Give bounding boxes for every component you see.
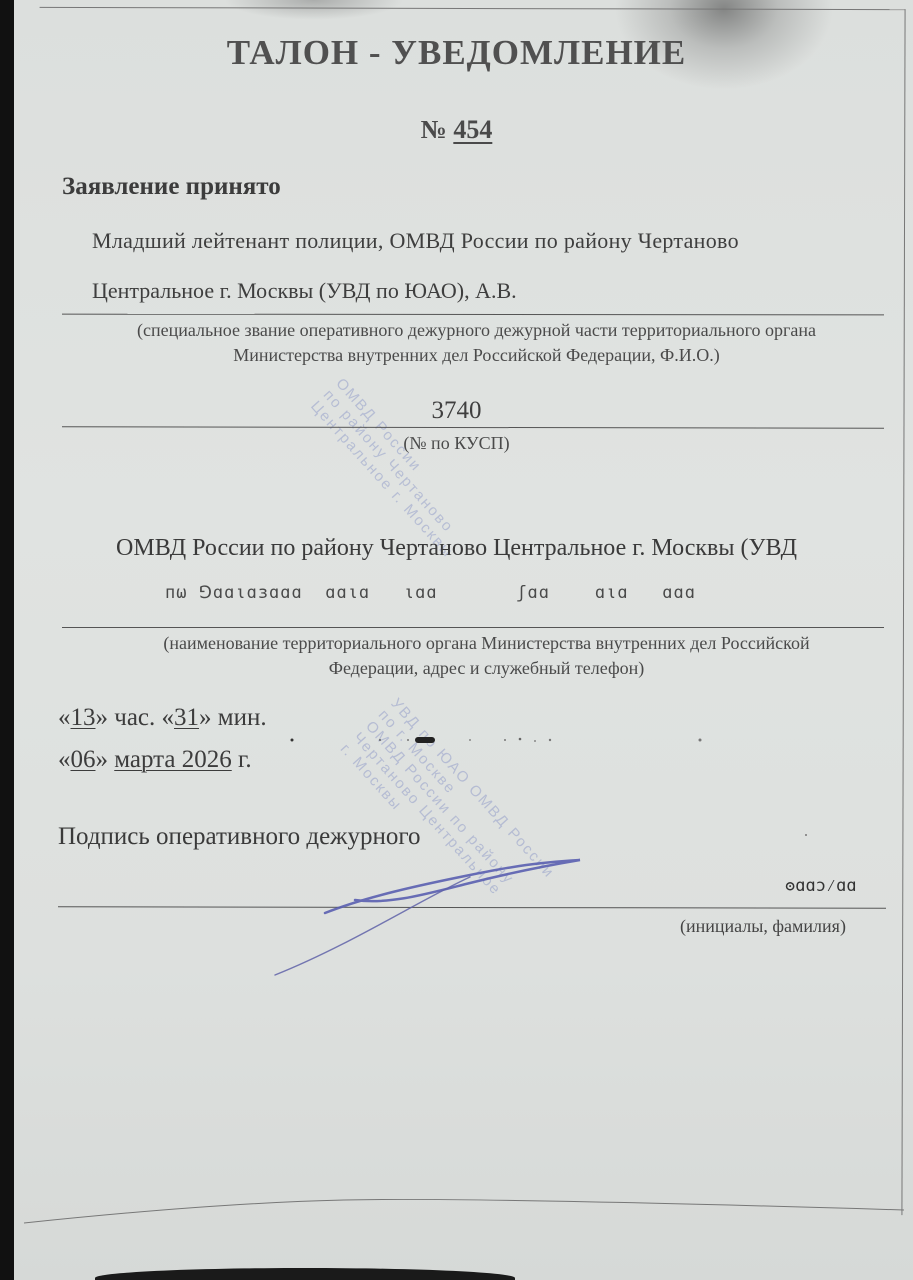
kusp-caption: (№ по КУСП)	[0, 433, 913, 454]
officer-name-obscured: ʘɑɑɔ⁄ɑɑ	[785, 876, 857, 897]
number-value: 454	[453, 115, 492, 144]
document-title: ТАЛОН - УВЕДОМЛЕНИЕ	[0, 33, 913, 73]
minutes-label: мин.	[218, 704, 267, 731]
ink-dot	[805, 834, 807, 836]
year-suffix: г.	[238, 746, 252, 773]
minutes-value: 31	[174, 704, 199, 731]
org-underline	[62, 627, 884, 628]
time-row: «13» час. «31» мин.	[58, 704, 267, 732]
org-caption-2: Федерации, адрес и служебный телефон)	[60, 658, 913, 679]
number-prefix: №	[421, 115, 447, 144]
officer-line-1: Младший лейтенант полиции, ОМВД России п…	[92, 228, 739, 254]
hours-value: 13	[71, 704, 96, 731]
signature-label: Подпись оперативного дежурного	[58, 823, 420, 851]
quote-close: »	[96, 704, 109, 731]
org-caption-1: (наименование территориального органа Ми…	[60, 633, 913, 654]
quote-open: «	[58, 746, 71, 773]
initials-caption: (инициалы, фамилия)	[680, 916, 846, 937]
day-value: 06	[71, 746, 96, 773]
accepted-heading: Заявление принято	[62, 173, 281, 201]
hours-label: час.	[114, 704, 155, 731]
kusp-number: 3740	[0, 397, 913, 425]
quote-open: «	[58, 704, 71, 731]
org-line-1: ОМВД России по району Чертаново Централь…	[0, 535, 913, 562]
org-line-2-obscured: пω ⅁ɑɑιɑɜɑɑɑ ɑɑιɑ ιɑɑ ʃɑɑ ɑιɑ ɑɑɑ	[165, 583, 696, 603]
quote-open: «	[162, 704, 175, 731]
quote-close: »	[96, 746, 109, 773]
document-number: № 454	[0, 115, 913, 145]
date-row: «06» марта 2026 г.	[58, 746, 252, 774]
month-year-value: марта 2026	[114, 746, 232, 773]
officer-caption-2: Министерства внутренних дел Российской Ф…	[40, 345, 913, 366]
officer-line-2: Центральное г. Москвы (УВД по ЮАО), А.В.	[92, 278, 517, 304]
officer-caption-1: (специальное звание оперативного дежурно…	[40, 320, 913, 341]
quote-close: »	[199, 704, 212, 731]
